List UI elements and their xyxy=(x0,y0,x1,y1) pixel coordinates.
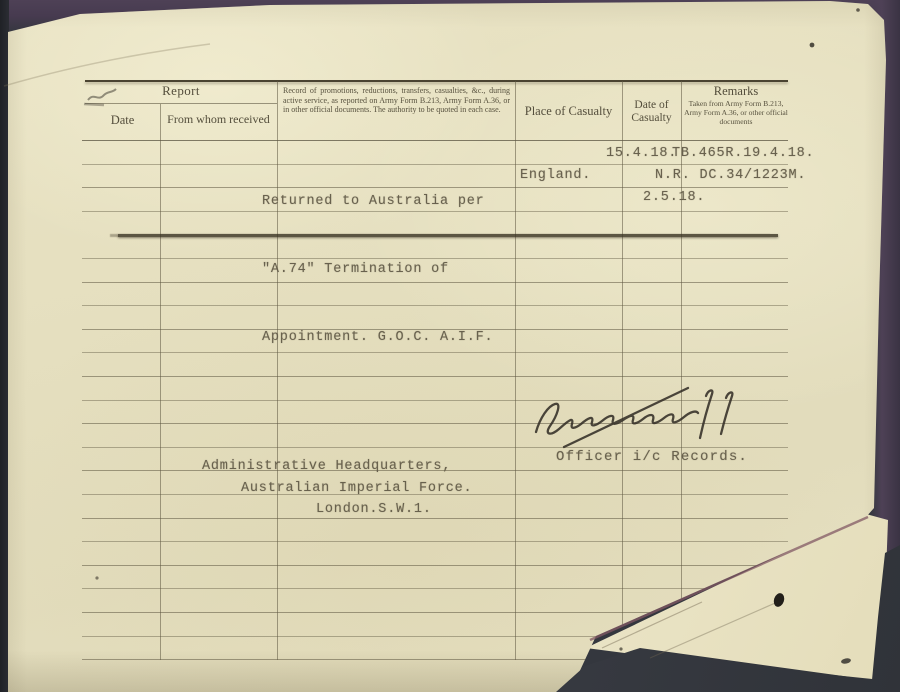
table-row-line xyxy=(82,447,788,448)
record-column-header-note: Record of promotions, reductions, transf… xyxy=(283,86,510,115)
date-column-header: Date xyxy=(85,113,160,127)
typed-date-of-casualty: 15.4.18. xyxy=(606,146,677,161)
date-of-casualty-line1: Date of xyxy=(622,99,681,112)
typed-place-of-casualty: England. xyxy=(520,168,591,183)
table-row-line xyxy=(82,518,788,519)
date-of-casualty-column-header: Date of Casualty xyxy=(622,99,681,125)
header-bottom-rule xyxy=(82,140,788,141)
address-line1: Administrative Headquarters, xyxy=(202,459,451,474)
typed-record-entry: Returned to Australia per "A.74" Termina… xyxy=(262,146,493,395)
officer-in-charge-label: Officer i/c Records. xyxy=(556,449,748,465)
column-divider xyxy=(622,81,623,660)
address-line2: Australian Imperial Force. xyxy=(241,481,472,496)
typed-remarks-line2: N.R. DC.34/1223M. xyxy=(655,168,806,183)
signature-flourish1 xyxy=(700,390,712,438)
signature-stroke xyxy=(536,404,698,434)
signature-slash xyxy=(564,388,688,447)
column-divider xyxy=(515,81,516,660)
record-entry-line2: "A.74" Termination of xyxy=(262,259,493,282)
table-row-line xyxy=(82,541,788,542)
table-row-line xyxy=(82,423,788,424)
from-whom-column-header: From whom received xyxy=(160,113,277,126)
table-row-line xyxy=(82,565,788,566)
table-row-line xyxy=(82,400,788,401)
date-of-casualty-line2: Casualty xyxy=(622,112,681,125)
record-entry-line3: Appointment. G.O.C. A.I.F. xyxy=(262,327,493,350)
typed-remarks-line3: 2.5.18. xyxy=(643,190,705,205)
remarks-column-header: Remarks xyxy=(681,84,791,98)
remarks-column-header-note: Taken from Army Form B.213, Army Form A.… xyxy=(684,100,788,126)
report-column-header: Report xyxy=(85,84,277,99)
typed-remarks-line1: TB.465R.19.4.18. xyxy=(672,146,814,161)
table-row-line xyxy=(82,588,788,589)
table-top-rule xyxy=(85,80,788,82)
address-line3: London.S.W.1. xyxy=(316,502,432,517)
scanned-document-page: Report Date From whom received Record of… xyxy=(0,0,900,692)
record-entry-line1: Returned to Australia per xyxy=(262,191,493,214)
scanner-edge-left xyxy=(0,0,9,692)
report-subdivider-rule xyxy=(85,103,277,104)
place-column-header: Place of Casualty xyxy=(515,104,622,118)
